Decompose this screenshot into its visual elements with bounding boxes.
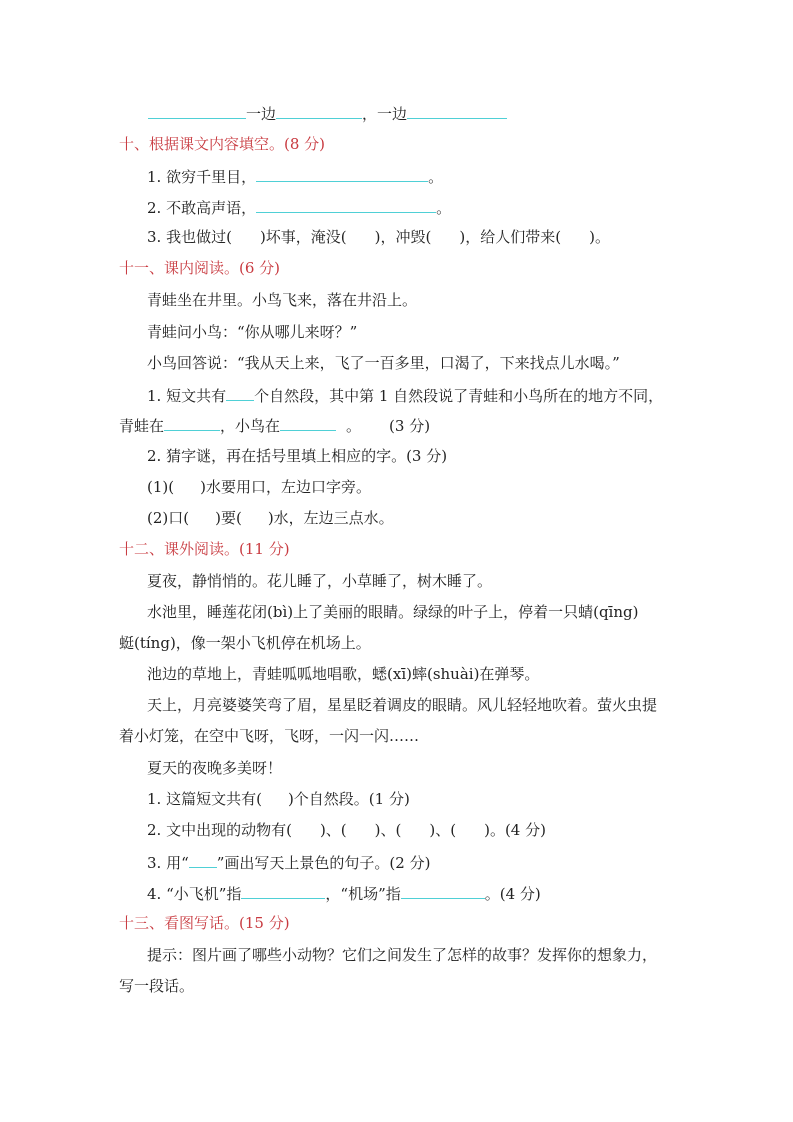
text: )水，左边三点水。 [268, 509, 394, 527]
sec11-q2: 2. 猜字谜，再在括号里填上相应的字。(3 分) [147, 446, 447, 466]
section-heading-10: 十、根据课文内容填空。(8 分) [119, 134, 325, 154]
text: )，给人们带来( [459, 228, 561, 246]
text: 1. 欲穷千里目， [147, 168, 256, 186]
passage-line: 夏夜，静悄悄的。花儿睡了，小草睡了，树木睡了。 [147, 571, 492, 591]
text: )个自然段。(1 分) [288, 790, 410, 808]
text: 。 [436, 199, 451, 217]
sec11-q1-line1: 1. 短文共有个自然段，其中第 1 自然段说了青蛙和小鸟所在的地方不同， [147, 384, 663, 406]
text: 。 [346, 417, 361, 435]
sec11-q1-line2: 青蛙在，小鸟在。(3 分) [119, 414, 430, 436]
blank-field[interactable] [407, 102, 507, 119]
passage-line: 蜓(tíng)，像一架小飞机停在机场上。 [119, 633, 371, 653]
text: )，冲毁( [375, 228, 432, 246]
blank-field[interactable] [401, 882, 485, 899]
blank-field[interactable] [280, 414, 336, 431]
text: ，“机场”指 [325, 885, 400, 903]
text: )、( [429, 821, 456, 839]
sec10-q3: 3. 我也做过()坏事，淹没()，冲毁()，给人们带来()。 [147, 227, 610, 247]
blank-field[interactable] [226, 384, 254, 401]
text: 1. 短文共有 [147, 387, 226, 405]
blank-field[interactable] [148, 102, 246, 119]
text: )。 [589, 228, 610, 246]
section-heading-12: 十二、课外阅读。(11 分) [119, 539, 290, 559]
passage-line: 青蛙问小鸟：“你从哪儿来呀？” [147, 322, 357, 342]
passage-line: 青蛙坐在井里。小鸟飞来，落在井沿上。 [147, 290, 417, 310]
text: ，一边 [362, 105, 407, 123]
text: )、( [375, 821, 402, 839]
text: 2. 不敢高声语， [147, 199, 256, 217]
text: (2)口( [147, 509, 189, 527]
text: )要( [215, 509, 242, 527]
text: 青蛙在 [119, 417, 164, 435]
text: 1. 这篇短文共有( [147, 790, 262, 808]
text: )、( [320, 821, 347, 839]
text: )水要用口，左边口字旁。 [200, 478, 371, 496]
sec12-q1: 1. 这篇短文共有()个自然段。(1 分) [147, 789, 410, 809]
section-heading-11: 十一、课内阅读。(6 分) [119, 258, 280, 278]
passage-line: 水池里，睡莲花闭(bì)上了美丽的眼睛。绿绿的叶子上，停着一只蜻(qīng) [147, 602, 638, 622]
text: 3. 我也做过( [147, 228, 232, 246]
blank-field[interactable] [164, 414, 220, 431]
prompt-line: 提示：图片画了哪些小动物？它们之间发生了怎样的故事？发挥你的想象力， [147, 945, 657, 965]
sec12-q3: 3. 用“”画出写天上景色的句子。(2 分) [147, 851, 430, 873]
text: 个自然段，其中第 1 自然段说了青蛙和小鸟所在的地方不同， [254, 387, 663, 405]
passage-line: 池边的草地上，青蛙呱呱地唱歌，蟋(xī)蟀(shuài)在弹琴。 [147, 664, 539, 684]
text: 4. “小飞机”指 [147, 885, 241, 903]
sec11-q2-sub2: (2)口()要()水，左边三点水。 [147, 508, 394, 528]
passage-line: 天上，月亮婆婆笑弯了眉，星星眨着调皮的眼睛。风儿轻轻地吹着。萤火虫提 [147, 695, 657, 715]
sec12-q2: 2. 文中出现的动物有()、()、()、()。(4 分) [147, 820, 546, 840]
text: 。 [428, 168, 443, 186]
passage-line: 小鸟回答说：“我从天上来，飞了一百多里，口渴了，下来找点儿水喝。” [147, 353, 620, 373]
text: )坏事，淹没( [260, 228, 347, 246]
prompt-line: 写一段话。 [119, 976, 194, 996]
underline-sample [189, 851, 217, 868]
sec11-q2-sub1: (1)()水要用口，左边口字旁。 [147, 477, 371, 497]
text: ”画出写天上景色的句子。(2 分) [217, 854, 431, 872]
blank-field[interactable] [256, 165, 428, 182]
passage-line: 夏天的夜晚多美呀！ [147, 758, 282, 778]
text: 一边 [246, 105, 276, 123]
sec10-q2: 2. 不敢高声语，。 [147, 196, 451, 218]
sec12-q4: 4. “小飞机”指，“机场”指。(4 分) [147, 882, 541, 904]
passage-line: 着小灯笼，在空中飞呀，飞呀，一闪一闪…… [119, 726, 419, 746]
sec10-q1: 1. 欲穷千里目，。 [147, 165, 443, 187]
blank-field[interactable] [256, 196, 436, 213]
text: ，小鸟在 [220, 417, 280, 435]
text: 3. 用“ [147, 854, 189, 872]
text: (1)( [147, 478, 174, 496]
blank-field[interactable] [276, 102, 362, 119]
section-heading-13: 十三、看图写话。(15 分) [119, 913, 290, 933]
top-fill-line: 一边，一边 [148, 102, 507, 124]
text: )。(4 分) [484, 821, 546, 839]
text: 。(4 分) [485, 885, 541, 903]
score-label: (3 分) [389, 417, 430, 435]
blank-field[interactable] [241, 882, 325, 899]
text: 2. 文中出现的动物有( [147, 821, 292, 839]
